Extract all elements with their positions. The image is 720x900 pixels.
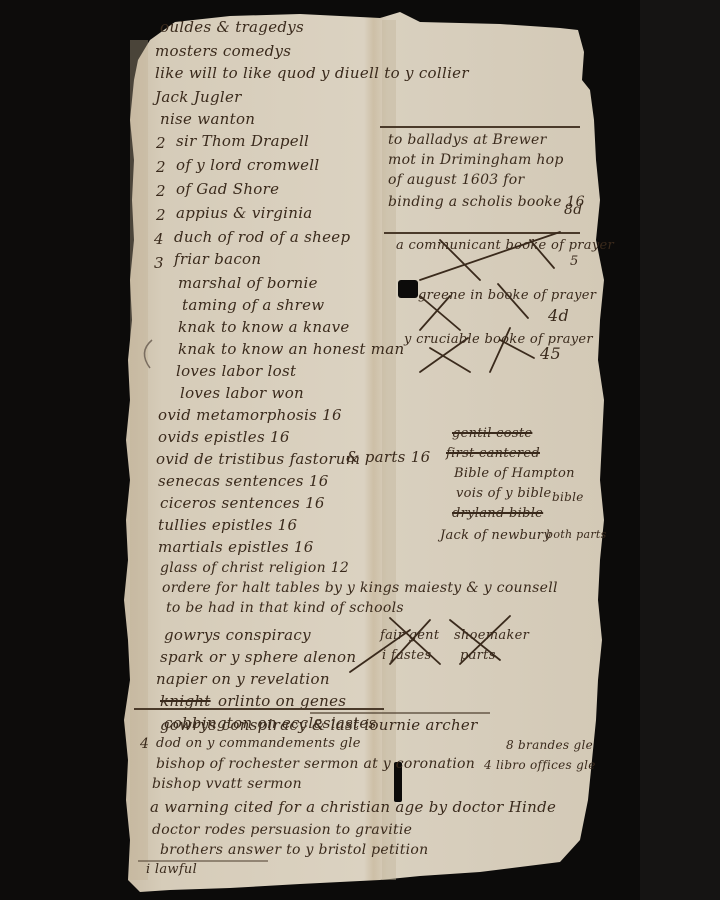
quantity: 4 [140, 736, 149, 752]
quantity: 2 [156, 134, 166, 152]
account-entry: of august 1603 for [388, 172, 524, 188]
manuscript-line: doctor rodes persuasion to gravitie [152, 822, 412, 838]
manuscript-line: brothers answer to y bristol petition [160, 842, 428, 858]
account-entry: mot in Drimingham hop [388, 152, 564, 168]
manuscript-line: a warning cited for a christian age by d… [150, 798, 556, 816]
crossed-amount: 5 [570, 254, 579, 269]
manuscript-line: to be had in that kind of schools [166, 600, 404, 616]
divider-rule [310, 712, 490, 714]
crossed-entry: fair gent [380, 628, 439, 643]
manuscript-line: bishop of rochester sermon at y coronati… [156, 756, 475, 772]
manuscript-line: like will to like quod y diuell to y col… [155, 64, 469, 82]
manuscript-line: loves labor won [180, 384, 304, 402]
manuscript-entry: Jack of newbury [440, 528, 551, 543]
manuscript-line: knak to know an honest man [178, 340, 405, 358]
crossed-entry: parts [460, 648, 496, 663]
divider-rule [134, 708, 384, 710]
crossed-amount: 45 [540, 344, 561, 363]
manuscript-line: senecas sentences 16 [158, 472, 329, 490]
manuscript-line: Jack Jugler [155, 88, 242, 106]
divider-rule [380, 126, 580, 128]
manuscript-line: appius & virginia [176, 204, 313, 222]
quantity: 3 [154, 254, 164, 272]
manuscript-aside: both parts [546, 528, 607, 541]
crossed-entry: i fastes [382, 648, 432, 663]
crossed-entry: a communicant booke of prayer [396, 238, 614, 253]
manuscript-line: mosters comedys [155, 42, 291, 60]
manuscript-aside: bible [552, 490, 584, 504]
account-entry: to balladys at Brewer [388, 132, 547, 148]
struck-entry: first cantered [446, 446, 540, 461]
manuscript-leaf: ouldes & tragedys mosters comedys like w… [0, 0, 720, 900]
quantity: 2 [156, 206, 166, 224]
manuscript-line: nise wanton [160, 110, 255, 128]
manuscript-entry: Bible of Hampton [454, 466, 575, 481]
manuscript-line: duch of rod of a sheep [174, 228, 350, 246]
account-entry: binding a scholis booke 16 [388, 194, 585, 210]
manuscript-aside: 4 libro offices gle [484, 758, 596, 772]
crossed-entry: shoemaker [454, 628, 529, 643]
manuscript-line: ovid de tristibus fastorum [156, 450, 360, 468]
manuscript-line: of y lord cromwell [176, 156, 320, 174]
manuscript-line: ovids epistles 16 [158, 428, 290, 446]
manuscript-line: of Gad Shore [176, 180, 279, 198]
manuscript-line: spark or y sphere alenon [160, 648, 356, 666]
manuscript-line: bishop vvatt sermon [152, 776, 302, 792]
quantity: 2 [156, 158, 166, 176]
crossed-amount: 4d [548, 306, 569, 325]
quantity: 2 [156, 182, 166, 200]
manuscript-line: napier on y revelation [156, 670, 330, 688]
divider-rule [384, 232, 580, 234]
manuscript-line: ciceros sentences 16 [160, 494, 325, 512]
struck-entry: gentil coste [452, 426, 532, 441]
manuscript-line: gowrys conspiracy & last iournie archer [160, 716, 478, 734]
quantity: 4 [154, 230, 164, 248]
manuscript-line: ouldes & tragedys [160, 18, 304, 36]
crossed-entry: y cruciable booke of prayer [404, 332, 593, 347]
manuscript-line: ovid metamorphosis 16 [158, 406, 342, 424]
manuscript-line: taming of a shrew [182, 296, 324, 314]
manuscript-line: sir Thom Drapell [176, 132, 309, 150]
manuscript-line: knak to know a knave [178, 318, 350, 336]
manuscript-line: gowrys conspiracy [164, 626, 311, 644]
struck-entry: dryland bible [452, 506, 543, 521]
account-amount: 8d [564, 202, 582, 218]
manuscript-line: friar bacon [174, 250, 261, 268]
manuscript-line: i lawful [146, 862, 197, 877]
manuscript-line: tullies epistles 16 [158, 516, 297, 534]
manuscript-aside: 8 brandes gle [506, 738, 593, 752]
manuscript-line: dod on y commandements gle [156, 736, 361, 751]
manuscript-line: marshal of bornie [178, 274, 318, 292]
crossed-entry: greene in booke of prayer [418, 288, 596, 303]
paper-hole [398, 280, 418, 298]
manuscript-aside: & parts 16 [346, 448, 430, 466]
manuscript-line: loves labor lost [176, 362, 296, 380]
manuscript-line: martials epistles 16 [158, 538, 314, 556]
manuscript-line: ordere for halt tables by y kings maiest… [162, 580, 558, 596]
manuscript-entry: vois of y bible [456, 486, 552, 501]
manuscript-line: glass of christ religion 12 [160, 560, 349, 576]
